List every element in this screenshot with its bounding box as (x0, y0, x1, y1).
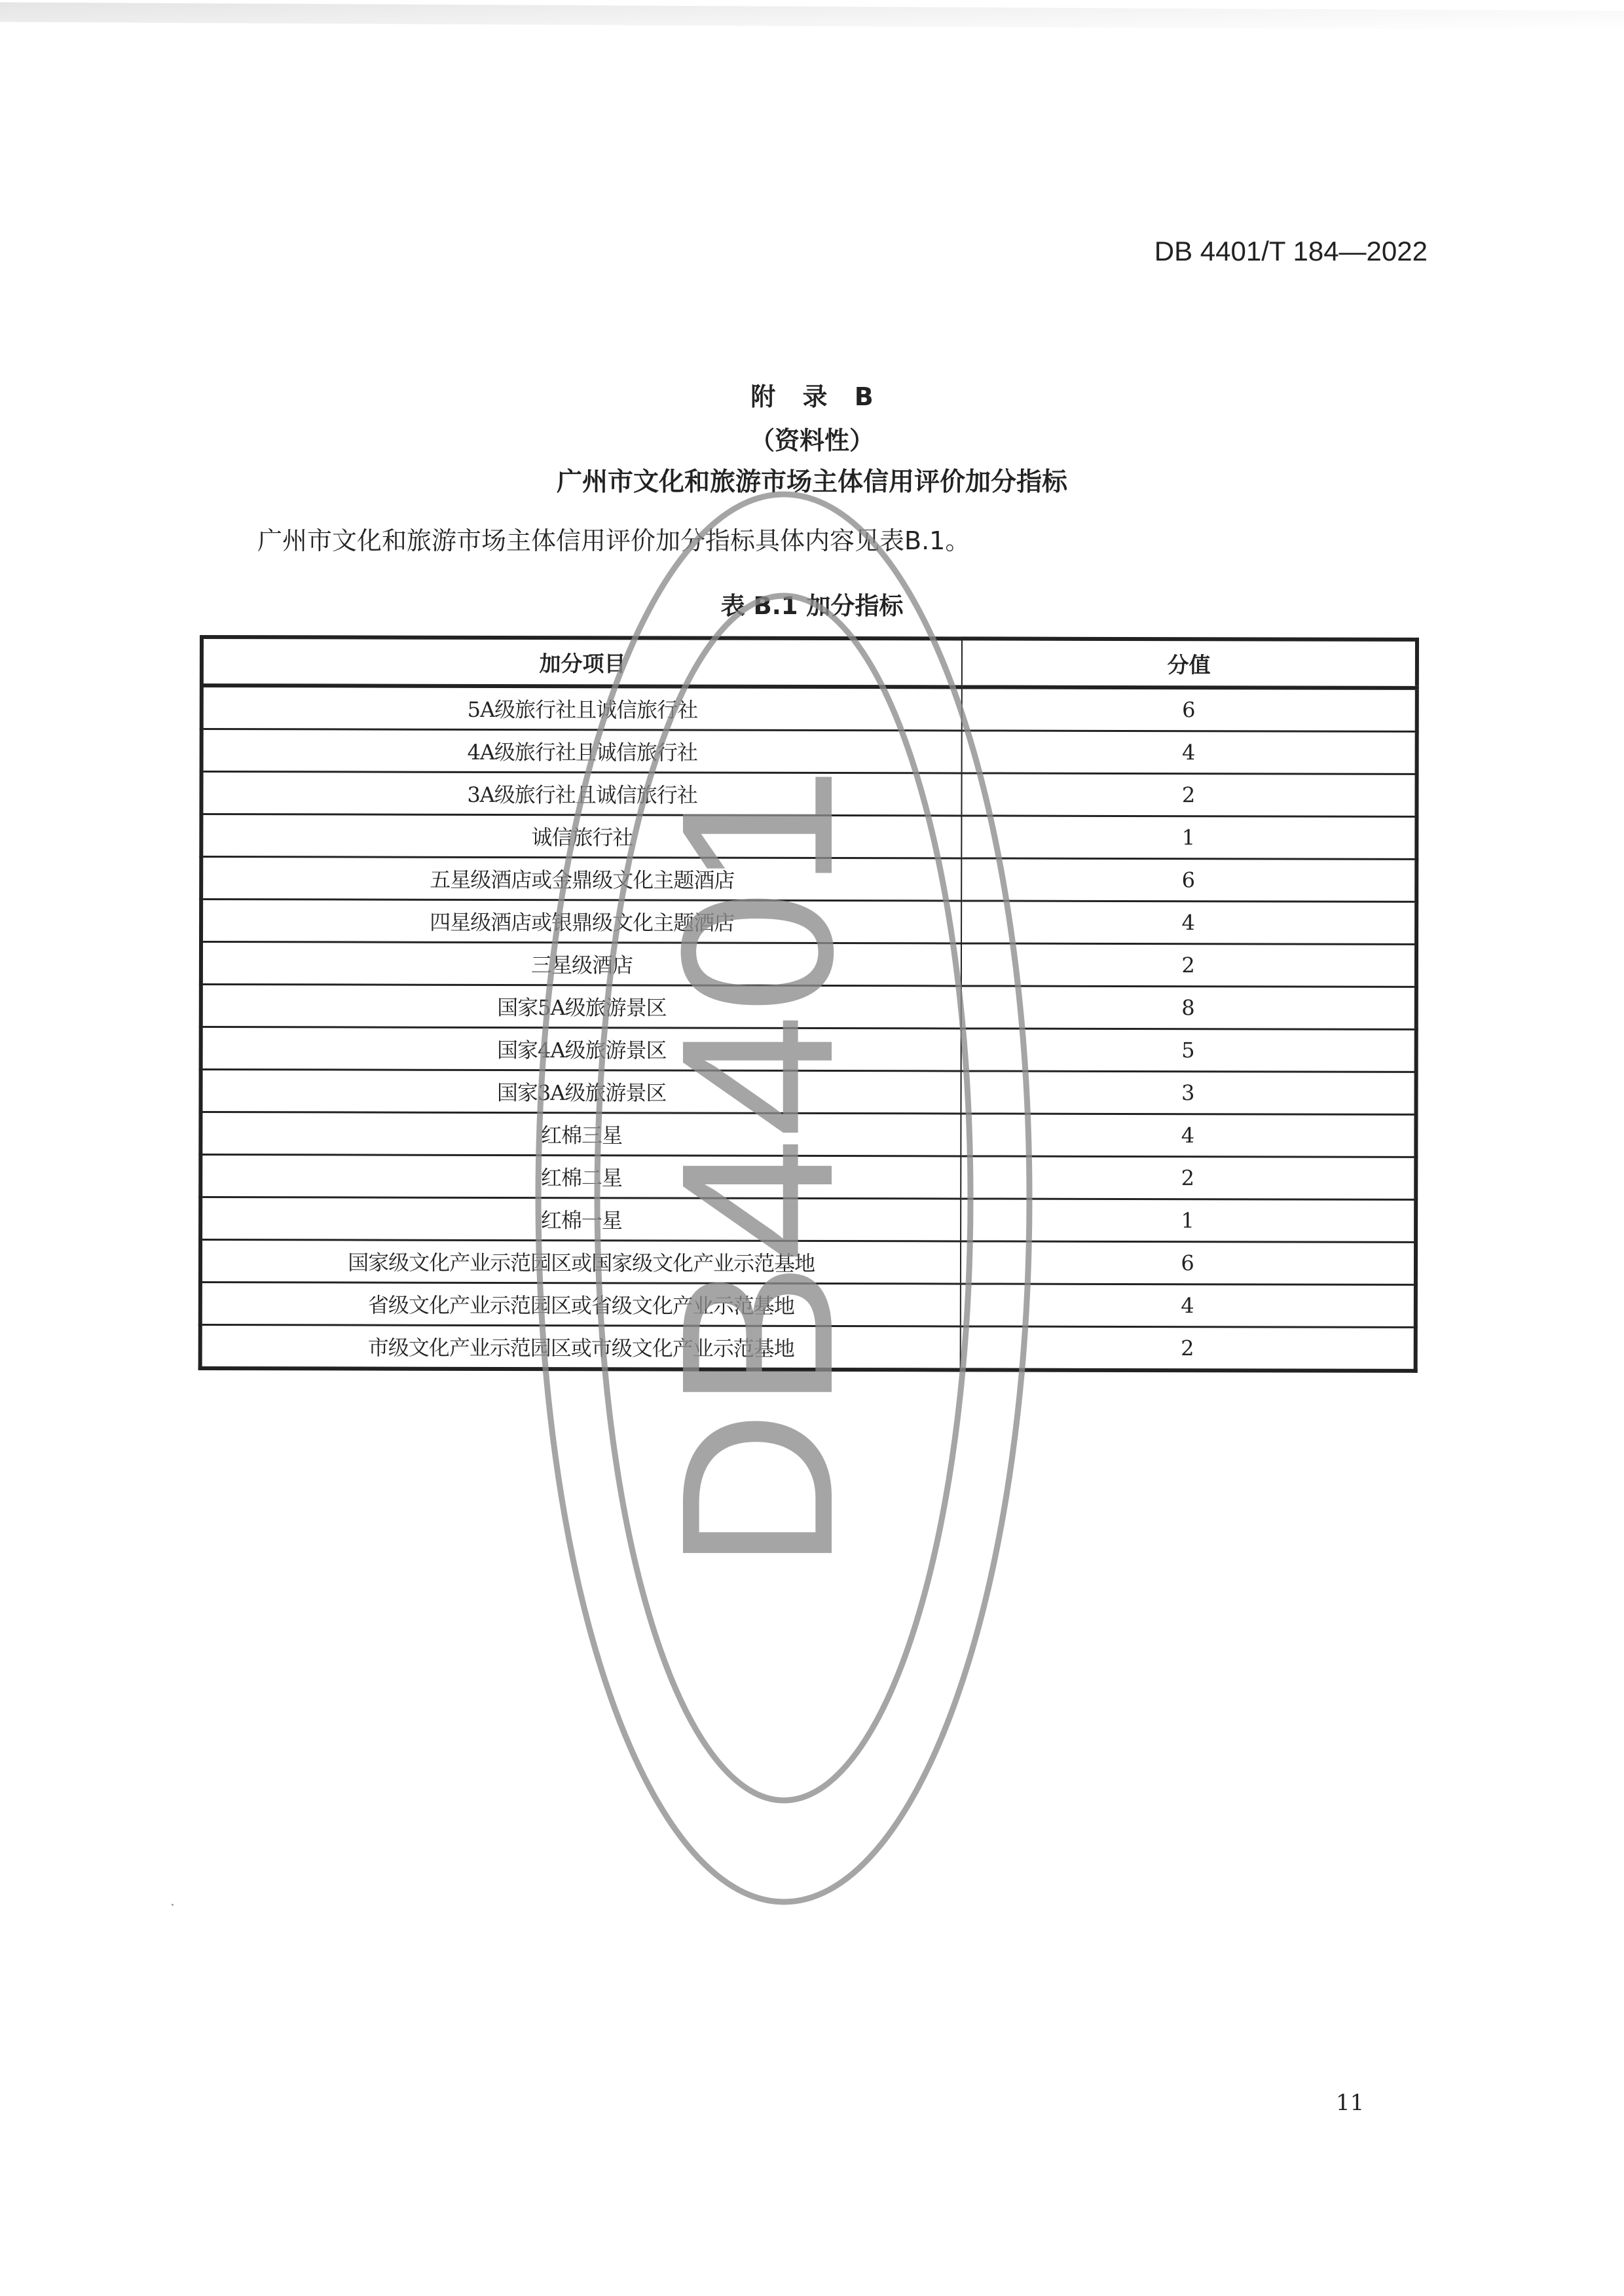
score-cell: 5 (961, 1029, 1416, 1072)
item-cell: 红棉二星 (200, 1155, 961, 1199)
score-cell: 8 (961, 986, 1416, 1029)
appendix-title: 附 录 B (0, 376, 1624, 412)
page-number: 11 (1336, 2090, 1364, 2116)
table-row: 红棉三星4 (200, 1112, 1416, 1157)
item-cell: 市级文化产业示范园区或市级文化产业示范基地 (200, 1325, 961, 1370)
score-cell: 4 (962, 731, 1417, 774)
table-row: 国家级文化产业示范园区或国家级文化产业示范基地6 (200, 1240, 1416, 1285)
appendix-heading: 广州市文化和旅游市场主体信用评价加分指标 (0, 462, 1624, 498)
score-cell: 6 (961, 858, 1416, 902)
score-cell: 2 (961, 1156, 1416, 1199)
item-cell: 四星级酒店或银鼎级文化主题酒店 (201, 900, 961, 943)
column-header-item: 加分项目 (202, 637, 962, 687)
score-cell: 6 (961, 1241, 1416, 1285)
score-cell: 4 (961, 1284, 1416, 1327)
table-row: 国家3A级旅游景区3 (200, 1070, 1416, 1115)
table-row: 国家5A级旅游景区8 (201, 985, 1416, 1030)
table-row: 红棉二星2 (200, 1155, 1416, 1200)
item-cell: 5A级旅行社且诚信旅行社 (202, 685, 962, 731)
bonus-score-table: 加分项目 分值 5A级旅行社且诚信旅行社64A级旅行社且诚信旅行社43A级旅行社… (198, 635, 1419, 1373)
scan-edge-shadow (0, 3, 1624, 31)
table-row: 省级文化产业示范园区或省级文化产业示范基地4 (200, 1283, 1416, 1328)
table-row: 红棉一星1 (200, 1197, 1416, 1243)
score-cell: 1 (961, 1199, 1416, 1242)
item-cell: 省级文化产业示范园区或省级文化产业示范基地 (200, 1283, 961, 1326)
scan-speck (172, 1904, 174, 1906)
table-row: 诚信旅行社1 (201, 814, 1416, 860)
item-cell: 诚信旅行社 (201, 814, 961, 858)
score-cell: 6 (962, 687, 1417, 731)
item-cell: 4A级旅行社且诚信旅行社 (202, 729, 962, 773)
item-cell: 红棉三星 (200, 1112, 961, 1156)
score-cell: 4 (961, 901, 1416, 944)
table-row: 四星级酒店或银鼎级文化主题酒店4 (201, 900, 1416, 945)
score-cell: 2 (961, 1326, 1416, 1371)
table-row: 5A级旅行社且诚信旅行社6 (202, 685, 1417, 731)
score-cell: 2 (962, 773, 1417, 816)
document-code: DB 4401/T 184—2022 (1154, 236, 1428, 267)
intro-paragraph: 广州市文化和旅游市场主体信用评价加分指标具体内容见表B.1。 (257, 520, 970, 556)
table-row: 三星级酒店2 (201, 942, 1416, 987)
item-cell: 红棉一星 (200, 1197, 961, 1241)
item-cell: 三星级酒店 (201, 942, 961, 986)
score-cell: 2 (961, 943, 1416, 987)
score-cell: 4 (961, 1114, 1416, 1157)
table-row: 国家4A级旅游景区5 (201, 1027, 1416, 1072)
table-row: 3A级旅行社且诚信旅行社2 (201, 772, 1416, 817)
appendix-nature: （资料性） (0, 420, 1624, 456)
table-caption: 表 B.1 加分指标 (0, 586, 1624, 621)
table-header-row: 加分项目 分值 (202, 637, 1417, 688)
table-row: 市级文化产业示范园区或市级文化产业示范基地2 (200, 1325, 1416, 1371)
column-header-score: 分值 (962, 638, 1417, 687)
item-cell: 五星级酒店或金鼎级文化主题酒店 (201, 857, 961, 901)
item-cell: 国家级文化产业示范园区或国家级文化产业示范基地 (200, 1240, 961, 1284)
score-cell: 1 (962, 816, 1417, 859)
table-row: 4A级旅行社且诚信旅行社4 (202, 729, 1417, 774)
item-cell: 3A级旅行社且诚信旅行社 (201, 772, 961, 816)
item-cell: 国家4A级旅游景区 (201, 1027, 961, 1071)
table-body: 5A级旅行社且诚信旅行社64A级旅行社且诚信旅行社43A级旅行社且诚信旅行社2诚… (200, 685, 1417, 1371)
item-cell: 国家5A级旅游景区 (201, 985, 961, 1029)
item-cell: 国家3A级旅游景区 (200, 1070, 961, 1114)
score-cell: 3 (961, 1071, 1416, 1114)
table-row: 五星级酒店或金鼎级文化主题酒店6 (201, 857, 1416, 902)
